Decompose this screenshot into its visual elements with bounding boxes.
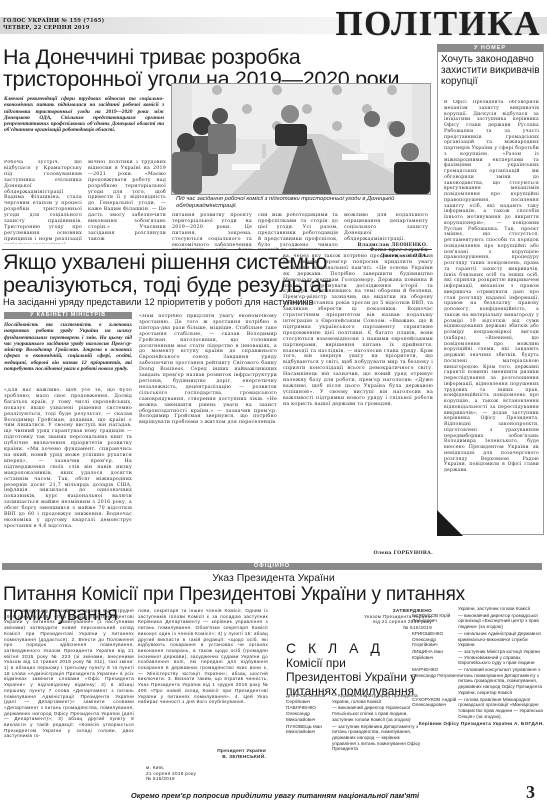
members-left-list: ДНІПРОВ Олексій Сергійович— Керівник Апа… [286,693,424,752]
composition-heading: С К Л А Д [286,640,421,656]
rubric-label: У КАБІНЕТІ МІНІСТРІВ [4,312,132,319]
member-name: ЛИЩИНА Іван Юрійович [412,649,458,666]
article1-col3: питання розвитку проєкту територіальної … [172,213,252,249]
member-role: України, заступник голови Комісії [458,606,544,612]
members-right-list: України, заступник голови Комісії БЄЛОУС… [412,606,544,727]
meeting-photo-icon [172,84,430,194]
decree-overline: Указ Президента України [0,572,547,584]
decree-number: № 615/2019 [146,776,226,782]
member-role: — голова правління Міжнародної громадськ… [458,697,544,720]
member-row: ДНІПРОВ Олексій Сергійович— Керівник Апа… [286,693,424,704]
decree-place-date: м. Київ, 21 серпня 2019 року № 615/2019 [146,765,226,782]
member-name: СУХОРУКОВ Андрій Олександрович [412,697,458,720]
member-name: МАРЧЕНКО Олександр Петрович [412,667,458,696]
member-row: КРИЮШЕНКО Олександр Георгійович— начальн… [412,631,544,648]
member-name: БЄЛОУСОВ Юрій Леонідович [412,613,458,630]
folded-corner-icon [437,510,463,536]
footer-quote: Окремо прем'єр попросив приділити увагу … [125,791,425,800]
decree-signature: Президент України В. ЗЕЛЕНСЬКИЙ. [200,748,266,759]
member-role: — начальник Адміністрації Державної крим… [458,631,544,648]
member-row: ПУХОВЕЦЬ Іван Миколайович— заступник Кер… [286,724,424,753]
article1-col2: мічної політики і трудових відносин в Ук… [88,160,166,244]
member-row: ПАВЛІЧЕНКО Олександр Миколайович— викона… [286,705,424,722]
member-role: — заступник Керівника Департаменту з пит… [332,724,424,753]
article2-author: Олена ГОРБУНОВА. [283,551,433,557]
member-name: ПУХОВЕЦЬ Іван Миколайович [286,724,332,753]
sidebar-body: В Офісі Президента обговорили механізм з… [444,100,539,530]
photo-caption: Під час засідання робочої комісії з підг… [176,196,426,210]
article2-col2: «Нам потрібно приділяти увагу економічно… [139,314,277,560]
paper-date: ЧЕТВЕР, 22 СЕРПНЯ 2019 [3,25,104,32]
article1-col5-text: можливо для подальшого опрацювання депар… [344,213,428,243]
article2-col3: ва, через яку також потрібно просувати —… [283,254,433,550]
member-role: — виконавчий директор Української Гельсі… [332,705,424,722]
sidebar-header: У НОМЕР [437,44,543,52]
composition-title: Комісії при Президентові України у питан… [286,656,421,698]
article1-col4: син між роботодавцями та профспілками та… [258,213,338,249]
member-name: КРИЮШЕНКО Олександр Георгійович [412,631,458,648]
decree-col1: 1. На зміну Указу Президента України від… [4,608,134,778]
decree-col2: лови, секретаря та інших членів Комісії.… [138,608,268,728]
paper-info: ГОЛОС УКРАЇНИ № 159 (7165) ЧЕТВЕР, 22 СЕ… [3,18,104,31]
section-title: ПОЛІТИКА [335,6,541,42]
member-row: МАРЧЕНКО Олександр Петрович— головний ко… [412,667,544,696]
member-row: БЄЛОУСОВ Юрій Леонідович— виконавчий дир… [412,613,544,630]
member-row: ЛИЩИНА Іван Юрійович— заступник Міністра… [412,649,544,666]
member-role: — заступник Міністра юстиції України — У… [458,649,544,666]
member-role: — виконавчий директор громадської органі… [458,613,544,630]
article1-lead: Ключові рекомендації сфери трудових відн… [4,96,164,134]
member-name: ПАВЛІЧЕНКО Олександр Миколайович [286,705,332,722]
page-number: 3 [526,782,535,803]
signature-name: В. ЗЕЛЕНСЬКИЙ. [200,754,266,760]
member-name [412,606,458,612]
member-name: ДНІПРОВ Олексій Сергійович [286,693,332,704]
official-bar: ОФІЦІЙНО [2,563,542,570]
member-role: — головний консультант управління з пита… [458,667,544,696]
member-row: України, заступник голови Комісії [412,606,544,612]
member-row: СУХОРУКОВ Андрій Олександрович— голова п… [412,697,544,720]
article1-col1: Робоча зустріч, що відбулася у Краматорс… [4,160,82,244]
member-role: — Керівник Апарату Офісу Президента Укра… [332,693,424,704]
article2-lead: Послідовність та системність в ключових … [4,322,132,372]
sidebar-title: Хочуть законодавчо захистити викривачів … [441,54,541,88]
article2-col1: «Для нас важливо, щоб усе те, що було зр… [4,388,132,560]
composition-title-block: С К Л А Д Комісії при Президентові Украї… [286,640,421,698]
article1-photo [171,83,431,195]
composition-signature: Керівник Офісу Президента України А. БОГ… [412,721,544,727]
paper-issue: ГОЛОС УКРАЇНИ № 159 (7165) [3,18,104,25]
